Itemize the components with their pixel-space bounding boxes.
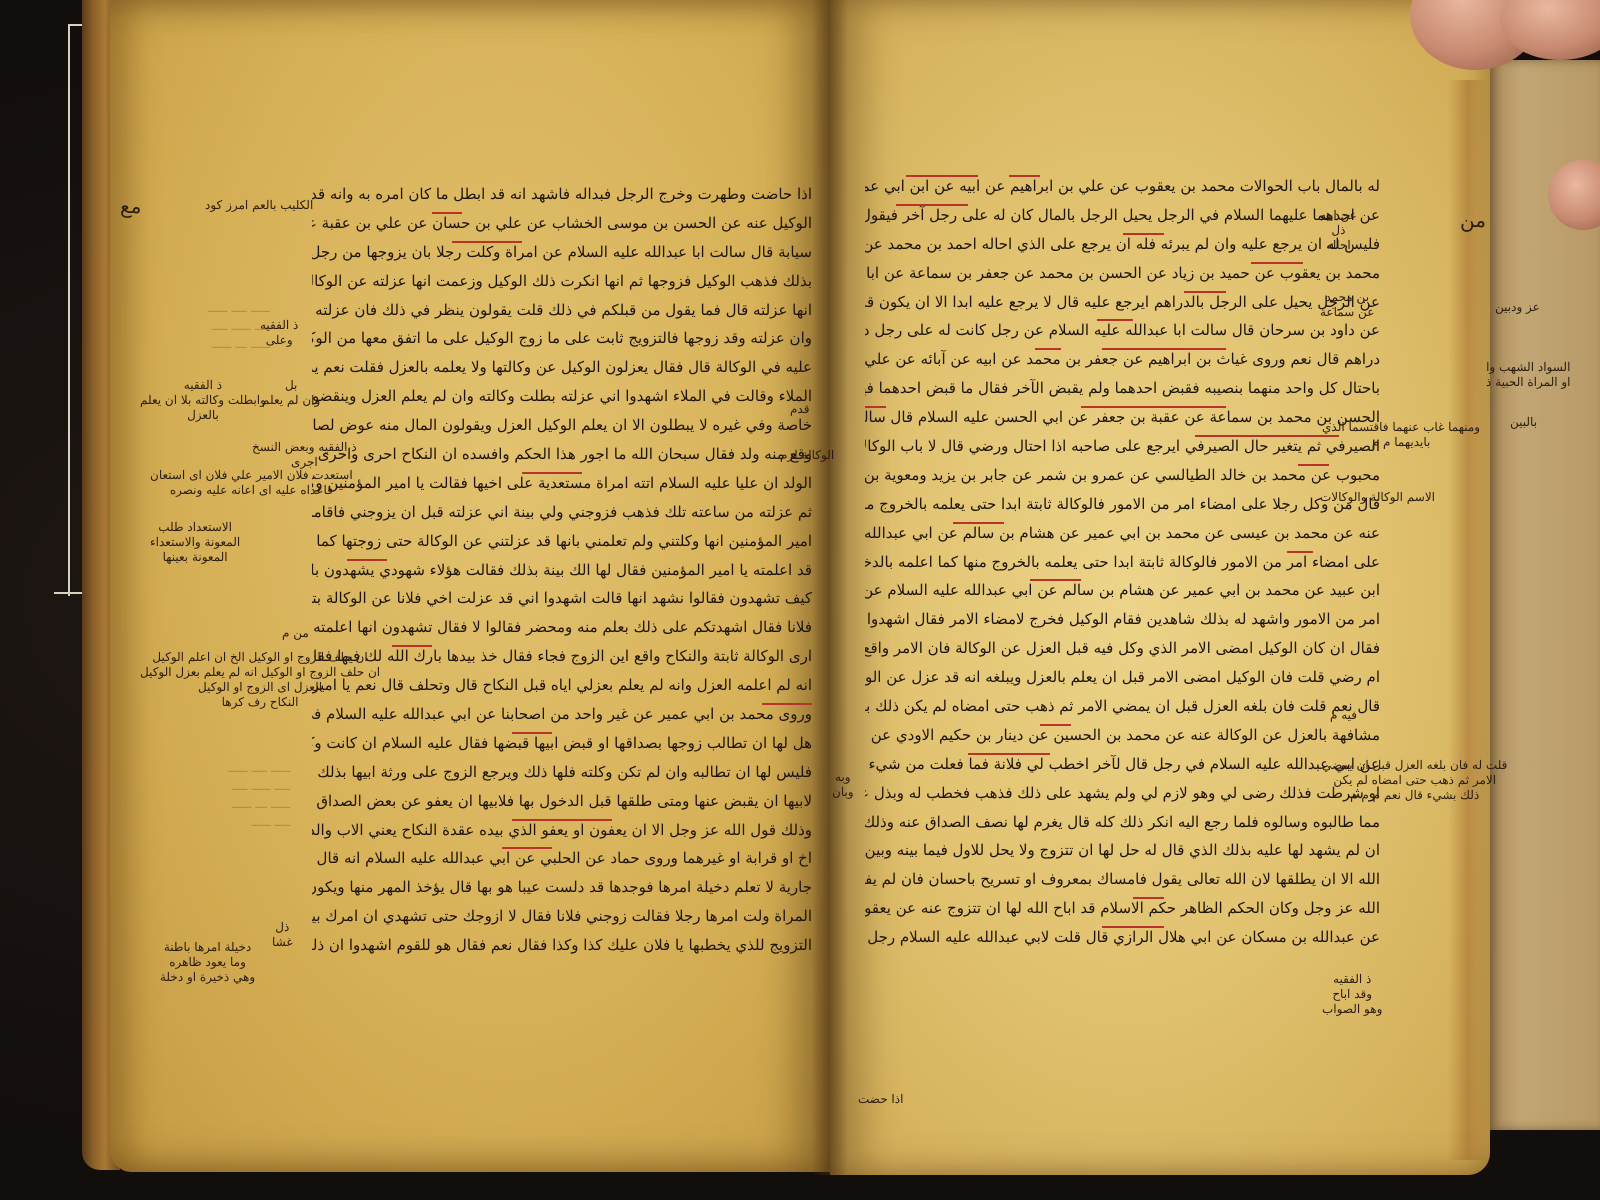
line-text: هل لها ان تطالب زوجها بصداقها او قبض ابي… bbox=[312, 734, 812, 752]
manuscript-line: انها عزلته قال فما يقول من قبلكم في ذلك … bbox=[312, 296, 812, 325]
red-rubric-overline bbox=[1195, 435, 1339, 437]
manuscript-line: الصيرفي ثم يتغير حال الصيرفي ايرجع على ص… bbox=[865, 432, 1380, 461]
manuscript-line: بذلك فذهب الوكيل فزوجها ثم انها انكرت ذل… bbox=[312, 267, 812, 296]
margin-note: ذ الفقيه وقد اباح وهو الصواب bbox=[1322, 972, 1382, 1017]
manuscript-line: او شرطت فذلك رضى لي وهو لازم لي ولم يشهد… bbox=[865, 779, 1380, 808]
manuscript-line: ابن عبيد عن محمد بن ابي عمير عن هشام بن … bbox=[865, 576, 1380, 605]
line-text: امر من الامور واشهد له بذلك شاهدين فقام … bbox=[865, 610, 1380, 628]
line-text: الله عز وجل وكان الحكم الظاهر حكم الاسلا… bbox=[865, 899, 1380, 917]
margin-note: قلت له فان بلغه العزل قبل ان يمضي الامر … bbox=[1322, 758, 1507, 803]
manuscript-line: عن احدهما عليهما السلام في الرجل يحيل ال… bbox=[865, 201, 1380, 230]
line-text: الله الا ان يطلقها لان الله تعالى يقول ف… bbox=[865, 870, 1380, 888]
line-text: ام رضي قلت فان الوكيل امضى الامر قبل ان … bbox=[865, 668, 1380, 686]
line-text: قال من وكل رجلا على امضاء امر من الامور … bbox=[865, 495, 1380, 513]
red-rubric-overline bbox=[502, 847, 552, 849]
margin-note: ذ الفقيه وابطلت وكالته بلا ان يعلم بالعز… bbox=[140, 378, 266, 423]
manuscript-line: مما طالبوه وسالوه فلما رجع اليه انكر ذلك… bbox=[865, 808, 1380, 837]
manuscript-line: هل لها ان تطالب زوجها بصداقها او قبض ابي… bbox=[312, 729, 812, 758]
red-rubric-overline bbox=[522, 472, 582, 474]
manuscript-line: الحسن بن محمد بن سماعة عن عقبة بن جعفر ع… bbox=[865, 403, 1380, 432]
line-text: امير المؤمنين انها وكلتني ولم تعلمني بان… bbox=[312, 532, 812, 550]
margin-note: ان حلف الزوج او الوكيل الخ ان اعلم الوكي… bbox=[140, 650, 380, 710]
margin-note: فيه م bbox=[1330, 708, 1357, 723]
margin-note: ومنهما غاب عنهما فاقتسما الذي بايديهما م… bbox=[1322, 420, 1480, 450]
manuscript-line: وذلك قول الله عز وجل الا ان يعفون او يعف… bbox=[312, 816, 812, 845]
catchword: اذا حضت bbox=[858, 1092, 903, 1106]
line-text: محمد بن يعقوب عن حميد بن زياد عن الحسن ب… bbox=[865, 264, 1380, 282]
line-text: قال نعم قلت فان بلغه العزل قبل ان يمضي ا… bbox=[865, 697, 1380, 715]
manuscript-line: التزويج للذي يخطبها يا فلان عليك كذا وكذ… bbox=[312, 931, 812, 960]
red-rubric-overline bbox=[762, 703, 812, 705]
margin-note: الكليب بالعم امرز كود bbox=[205, 198, 313, 213]
manuscript-line: اخ او قرابة او غيرهما وروى حماد عن الحلب… bbox=[312, 844, 812, 873]
margin-note: من م bbox=[282, 626, 309, 641]
manuscript-line: لابيها ان يقبض عنها ومتى طلقها قبل الدخو… bbox=[312, 787, 812, 816]
margin-note: ذ الفقيه وبعض النسخ اجرى bbox=[252, 440, 357, 470]
manuscript-line: سيابة قال سالت ابا عبدالله عليه السلام ع… bbox=[312, 238, 812, 267]
right-folio-mark: من bbox=[1460, 208, 1486, 232]
red-rubric-overline bbox=[1030, 579, 1082, 581]
line-text: له بالمال باب الحوالات محمد بن يعقوب عن … bbox=[865, 177, 1380, 195]
margin-note: بالبين bbox=[1510, 415, 1537, 430]
red-rubric-overline bbox=[432, 212, 462, 214]
line-text: مشافهة بالعزل عن الوكالة عنه عن محمد بن … bbox=[865, 726, 1380, 744]
water-stain bbox=[1448, 80, 1488, 1160]
manuscript-line: الولد ان عليا عليه السلام اتته امراة مست… bbox=[312, 469, 812, 498]
margin-note: عز ودبين bbox=[1495, 300, 1540, 315]
manuscript-line: انه لم اعلمه العزل وانه لم يعلم بعزلي اي… bbox=[312, 671, 812, 700]
manuscript-line: خاصة وفي غيره لا يبطلون الا ان يعلم الوك… bbox=[312, 411, 812, 440]
red-rubric-overline bbox=[1102, 926, 1164, 928]
manuscript-line: الوكيل عنه عن الحسن بن موسى الخشاب عن عل… bbox=[312, 209, 812, 238]
line-text: وقع منه ولد فقال سبحان الله ما اجور هذا … bbox=[312, 445, 812, 463]
line-text: التزويج للذي يخطبها يا فلان عليك كذا وكذ… bbox=[312, 936, 812, 954]
left-page-text-block: اذا حاضت وطهرت وخرج الرجل فبداله فاشهد ا… bbox=[312, 180, 812, 960]
line-text: سيابة قال سالت ابا عبدالله عليه السلام ع… bbox=[312, 243, 812, 261]
manuscript-line: جارية لا تعلم دخيلة امرها فوجدها قد دلست… bbox=[312, 873, 812, 902]
margin-note: الاسم الوكالة والوكالات bbox=[1320, 490, 1435, 505]
red-rubric-overline bbox=[1081, 406, 1225, 408]
line-text: لابيها ان يقبض عنها ومتى طلقها قبل الدخو… bbox=[312, 792, 812, 810]
line-text: مما طالبوه وسالوه فلما رجع اليه انكر ذلك… bbox=[865, 813, 1380, 831]
manuscript-line: فليس لها ان تطالبه وان لم تكن وكلته فلها… bbox=[312, 758, 812, 787]
red-rubric-overline bbox=[1133, 897, 1164, 899]
line-text: عليه في الوكالة قال فقال يعزلون الوكيل ع… bbox=[312, 358, 812, 376]
line-text: بذلك فذهب الوكيل فزوجها ثم انها انكرت ذل… bbox=[312, 272, 812, 290]
red-rubric-overline bbox=[968, 753, 1050, 755]
manuscript-line: دراهم قال نعم وروى غياث بن ابراهيم عن جع… bbox=[865, 345, 1380, 374]
manuscript-line: ثم عزلته من ساعته تلك فذهب فزوجني ولي بي… bbox=[312, 498, 812, 527]
line-text: اذا حاضت وطهرت وخرج الرجل فبداله فاشهد ا… bbox=[312, 185, 812, 203]
manuscript-line: له بالمال باب الحوالات محمد بن يعقوب عن … bbox=[865, 172, 1380, 201]
manuscript-line: عنه عن محمد بن عيسى عن محمد بن ابي عمير … bbox=[865, 519, 1380, 548]
manuscript-line: امير المؤمنين انها وكلتني ولم تعلمني بان… bbox=[312, 527, 812, 556]
line-text: ان لم يشهد لها عليه بذلك الذي قال له حل … bbox=[865, 841, 1380, 859]
manuscript-line: الملاء وقالت في الملاء اشهدوا اني عزلته … bbox=[312, 382, 812, 411]
line-text: عن ابي عبدالله عليه السلام في رجل قال لآ… bbox=[865, 755, 1380, 773]
manuscript-line: فلانا فقال اشهدتكم على ذلك بعلم منه ومحض… bbox=[312, 613, 812, 642]
line-text: المراة ولت امرها رجلا فقالت زوجني فلانا … bbox=[312, 907, 812, 925]
line-text: ثم عزلته من ساعته تلك فذهب فزوجني ولي بي… bbox=[312, 503, 812, 521]
line-text: وان عزلته وقد زوجها فالتزويج ثابت على ما… bbox=[312, 329, 812, 347]
manuscript-line: عن ابي عبدالله عليه السلام في رجل قال لآ… bbox=[865, 750, 1380, 779]
manuscript-line: عن داود بن سرحان قال سالت ابا عبدالله عل… bbox=[865, 316, 1380, 345]
red-rubric-overline bbox=[1123, 233, 1164, 235]
red-rubric-overline bbox=[1102, 348, 1226, 350]
line-text: عن الرجل يحيل على الرجل بالدراهم ايرجع ع… bbox=[865, 293, 1380, 311]
red-rubric-overline bbox=[1287, 551, 1313, 553]
line-text: عن داود بن سرحان قال سالت ابا عبدالله عل… bbox=[865, 321, 1380, 339]
red-rubric-overline bbox=[347, 559, 387, 561]
line-text: عن احدهما عليهما السلام في الرجل يحيل ال… bbox=[865, 206, 1380, 224]
red-rubric-overline bbox=[1097, 319, 1133, 321]
manuscript-line: وان عزلته وقد زوجها فالتزويج ثابت على ما… bbox=[312, 324, 812, 353]
line-text: وروى محمد بن ابي عمير عن غير واحد من اصح… bbox=[312, 705, 812, 723]
line-text: فليس لها ان تطالبه وان لم تكن وكلته فلها… bbox=[312, 763, 812, 781]
manuscript-line: محمد بن يعقوب عن حميد بن زياد عن الحسن ب… bbox=[865, 259, 1380, 288]
reference-tick bbox=[54, 592, 84, 594]
red-rubric-overline bbox=[1184, 291, 1225, 293]
line-text: انها عزلته قال فما يقول من قبلكم في ذلك … bbox=[312, 301, 812, 319]
red-rubric-overline bbox=[953, 522, 1005, 524]
line-text: ابن عبيد عن محمد بن ابي عمير عن هشام بن … bbox=[865, 581, 1380, 599]
line-text: الحسن بن محمد بن سماعة عن عقبة بن جعفر ع… bbox=[865, 408, 1380, 426]
margin-note: استعدت فلان الامير علي فلان اى استعان فا… bbox=[150, 468, 353, 498]
red-rubric-overline bbox=[896, 204, 968, 206]
book-gutter bbox=[812, 0, 848, 1175]
line-text: كيف تشهدون فقالوا نشهد انها قالت اشهدوا … bbox=[312, 589, 812, 607]
manuscript-line: عن الرجل يحيل على الرجل بالدراهم ايرجع ع… bbox=[865, 288, 1380, 317]
manuscript-line: على امضاء امر من الامور فالوكالة ثابتة ا… bbox=[865, 548, 1380, 577]
margin-note: بن محمد عن سماعة bbox=[1320, 290, 1374, 320]
manuscript-line: وروى محمد بن ابي عمير عن غير واحد من اصح… bbox=[312, 700, 812, 729]
manuscript-line: عليه في الوكالة قال فقال يعزلون الوكيل ع… bbox=[312, 353, 812, 382]
line-text: وذلك قول الله عز وجل الا ان يعفون او يعف… bbox=[312, 821, 812, 839]
line-text: فقال ان كان الوكيل امضى الامر الذي وكل ف… bbox=[865, 639, 1380, 657]
manuscript-line: ارى الوكالة ثابتة والنكاح واقع اين الزوج… bbox=[312, 642, 812, 671]
manuscript-line: مشافهة بالعزل عن الوكالة عنه عن محمد بن … bbox=[865, 721, 1380, 750]
manuscript-line: اذا حاضت وطهرت وخرج الرجل فبداله فاشهد ا… bbox=[312, 180, 812, 209]
line-text: محبوب عن محمد بن خالد الطيالسي عن عمرو ب… bbox=[865, 466, 1380, 484]
margin-note: عن ابيه ذل احاله bbox=[1320, 208, 1357, 253]
line-text: عنه عن محمد بن عيسى عن محمد بن ابي عمير … bbox=[865, 524, 1380, 542]
left-folio-mark: مع bbox=[120, 194, 141, 218]
margin-note: قدم bbox=[790, 402, 809, 417]
red-rubric-overline bbox=[1035, 348, 1061, 350]
margin-note: ذل غشا bbox=[272, 920, 293, 950]
line-text: الولد ان عليا عليه السلام اتته امراة مست… bbox=[312, 474, 812, 492]
red-rubric-overline bbox=[865, 406, 886, 408]
manuscript-line: عن عبدالله بن مسكان عن ابي هلال الرازي ق… bbox=[865, 923, 1380, 952]
line-text: الملاء وقالت في الملاء اشهدوا اني عزلته … bbox=[312, 387, 812, 405]
line-text: على امضاء امر من الامور فالوكالة ثابتة ا… bbox=[865, 553, 1380, 571]
line-text: جارية لا تعلم دخيلة امرها فوجدها قد دلست… bbox=[312, 878, 812, 896]
line-text: او شرطت فذلك رضى لي وهو لازم لي ولم يشهد… bbox=[865, 784, 1380, 802]
red-rubric-overline bbox=[1040, 724, 1071, 726]
bleed-through-text: ـــــ ــــ ـــــــــ ـــــ ـــــــــ ـــ… bbox=[150, 300, 270, 354]
line-text: اخ او قرابة او غيرهما وروى حماد عن الحلب… bbox=[312, 849, 812, 867]
red-rubric-overline bbox=[1009, 175, 1040, 177]
margin-note: ذ الفقيه وعلى bbox=[260, 318, 298, 348]
manuscript-line: فقال ان كان الوكيل امضى الامر الذي وكل ف… bbox=[865, 634, 1380, 663]
manuscript-line: وقع منه ولد فقال سبحان الله ما اجور هذا … bbox=[312, 440, 812, 469]
line-text: فلانا فقال اشهدتكم على ذلك بعلم منه ومحض… bbox=[312, 618, 812, 636]
line-text: قد اعلمته يا امير المؤمنين فقال لها الك … bbox=[312, 561, 812, 579]
margin-note: الوكالة لزم bbox=[780, 448, 834, 463]
line-text: ارى الوكالة ثابتة والنكاح واقع اين الزوج… bbox=[312, 647, 812, 665]
manuscript-line: الله الا ان يطلقها لان الله تعالى يقول ف… bbox=[865, 865, 1380, 894]
manuscript-line: امر من الامور واشهد له بذلك شاهدين فقام … bbox=[865, 605, 1380, 634]
margin-note: وبه وبان bbox=[832, 770, 854, 800]
manuscript-line: باحتال كل واحد منهما بنصيبه فقبض احدهما … bbox=[865, 374, 1380, 403]
red-rubric-overline bbox=[1298, 464, 1329, 466]
red-rubric-overline bbox=[906, 175, 978, 177]
red-rubric-overline bbox=[452, 241, 522, 243]
manuscript-line: قد اعلمته يا امير المؤمنين فقال لها الك … bbox=[312, 556, 812, 585]
line-text: الصيرفي ثم يتغير حال الصيرفي ايرجع على ص… bbox=[865, 437, 1380, 455]
margin-note: الاستعداد طلب المعونة والاستعداء المعونة… bbox=[150, 520, 240, 565]
line-text: انه لم اعلمه العزل وانه لم يعلم بعزلي اي… bbox=[312, 676, 812, 694]
right-page-text-block: له بالمال باب الحوالات محمد بن يعقوب عن … bbox=[865, 172, 1380, 952]
line-text: فليس له ان يرجع عليه وان لم يبرئه فله ان… bbox=[865, 235, 1380, 253]
bleed-through-text: ـــــ ــــ ـــــــــ ـــــ ـــــــــ ـــ… bbox=[170, 760, 290, 832]
manuscript-line: محبوب عن محمد بن خالد الطيالسي عن عمرو ب… bbox=[865, 461, 1380, 490]
margin-note: دخيلة امرها باطنة وما يعود ظاهره وهي ذخي… bbox=[160, 940, 255, 985]
line-text: الوكيل عنه عن الحسن بن موسى الخشاب عن عل… bbox=[312, 214, 812, 232]
manuscript-line: كيف تشهدون فقالوا نشهد انها قالت اشهدوا … bbox=[312, 584, 812, 613]
red-rubric-overline bbox=[1251, 262, 1303, 264]
red-rubric-overline bbox=[512, 732, 552, 734]
line-text: خاصة وفي غيره لا يبطلون الا ان يعلم الوك… bbox=[312, 416, 812, 434]
line-text: باحتال كل واحد منهما بنصيبه فقبض احدهما … bbox=[865, 379, 1380, 397]
manuscript-line: ام رضي قلت فان الوكيل امضى الامر قبل ان … bbox=[865, 663, 1380, 692]
line-text: عن عبدالله بن مسكان عن ابي هلال الرازي ق… bbox=[865, 928, 1380, 946]
manuscript-line: فليس له ان يرجع عليه وان لم يبرئه فله ان… bbox=[865, 230, 1380, 259]
red-rubric-overline bbox=[512, 819, 612, 821]
line-text: دراهم قال نعم وروى غياث بن ابراهيم عن جع… bbox=[865, 350, 1380, 368]
manuscript-line: ان لم يشهد لها عليه بذلك الذي قال له حل … bbox=[865, 836, 1380, 865]
manuscript-line: قال نعم قلت فان بلغه العزل قبل ان يمضي ا… bbox=[865, 692, 1380, 721]
margin-note: السواد الشهب وا او المراة الحبية ذ bbox=[1486, 360, 1571, 390]
margin-note: بل وان لم يعلم bbox=[262, 378, 320, 408]
manuscript-line: الله عز وجل وكان الحكم الظاهر حكم الاسلا… bbox=[865, 894, 1380, 923]
red-rubric-overline bbox=[392, 645, 432, 647]
manuscript-line: المراة ولت امرها رجلا فقالت زوجني فلانا … bbox=[312, 902, 812, 931]
manuscript-line: قال من وكل رجلا على امضاء امر من الامور … bbox=[865, 490, 1380, 519]
